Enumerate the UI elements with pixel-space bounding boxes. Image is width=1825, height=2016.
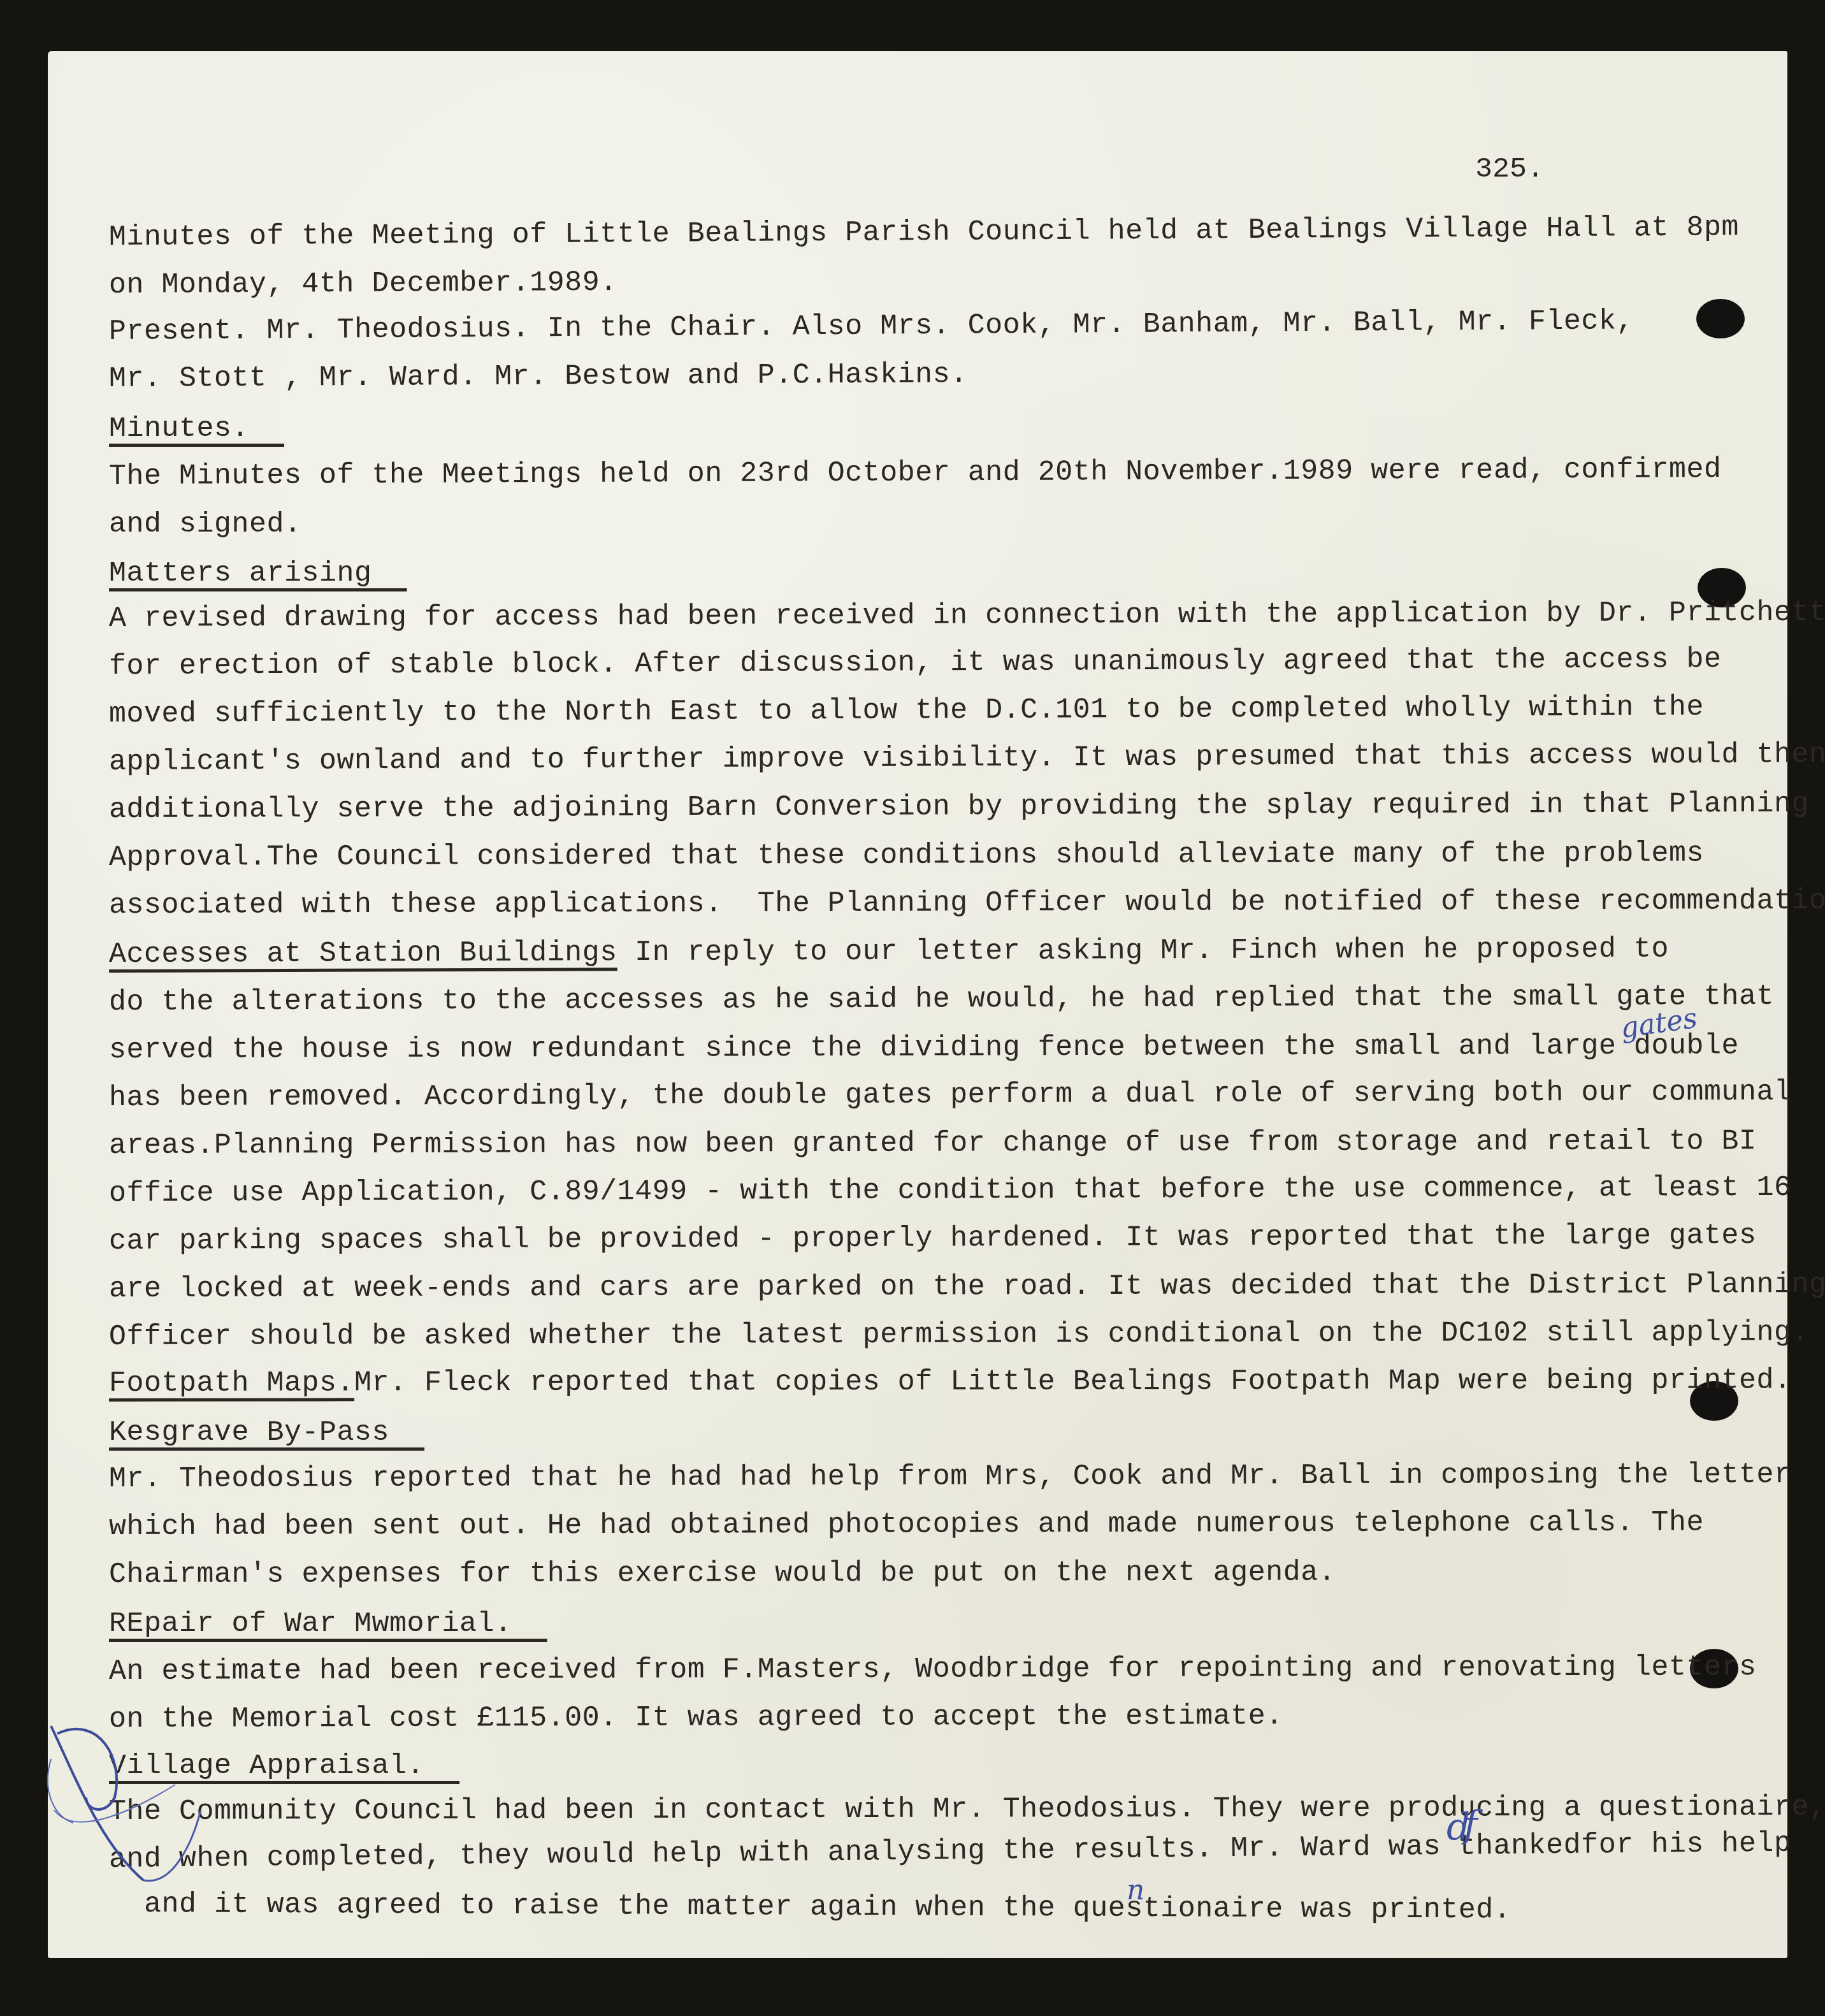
- body-line: office use Application, C.89/1499 - with…: [109, 1173, 1792, 1208]
- body-line: car parking spaces shall be provided - p…: [109, 1221, 1757, 1256]
- body-line: areas.Planning Permission has now been g…: [109, 1127, 1757, 1160]
- section-heading: Footpath Maps.: [109, 1367, 354, 1400]
- body-line: has been removed. Accordingly, the doubl…: [109, 1078, 1792, 1112]
- section-heading: Accesses at Station Buildings: [109, 936, 617, 971]
- body-line: and it was agreed to raise the matter ag…: [109, 1890, 1511, 1925]
- body-line: Mr. Theodosius reported that he had had …: [109, 1460, 1792, 1493]
- margin-mark-icon: [48, 1721, 213, 1912]
- body-line: Officer should be asked whether the late…: [109, 1318, 1809, 1351]
- body-line: and when completed, they would help with…: [109, 1829, 1792, 1874]
- section-heading-line: Footpath Maps.Mr. Fleck reported that co…: [109, 1366, 1792, 1398]
- body-line: associated with these applications. The …: [109, 887, 1825, 920]
- body-line: The Community Council had been in contac…: [109, 1793, 1825, 1826]
- body-line: applicant's ownland and to further impro…: [109, 740, 1825, 776]
- body-line: additionally serve the adjoining Barn Co…: [109, 790, 1809, 824]
- section-heading-line: REpair of War Mwmorial.: [109, 1609, 547, 1638]
- section-heading: Kesgrave By-Pass: [109, 1416, 424, 1449]
- page-number: 325.: [1475, 153, 1544, 185]
- section-heading-line: Minutes.: [109, 414, 284, 443]
- handwritten-correction-f: f: [1464, 1802, 1477, 1846]
- section-inline-text: Mr. Fleck reported that copies of Little…: [354, 1364, 1791, 1399]
- punch-hole: [1696, 299, 1745, 338]
- body-line: Approval.The Council considered that the…: [109, 839, 1704, 872]
- body-line: do the alterations to the accesses as he…: [109, 982, 1774, 1017]
- body-line: An estimate had been received from F.Mas…: [109, 1653, 1757, 1686]
- body-line: Chairman's expenses for this exercise wo…: [109, 1558, 1336, 1589]
- header-line: Minutes of the Meeting of Little Bealing…: [109, 213, 1739, 252]
- section-heading: REpair of War Mwmorial.: [109, 1607, 547, 1640]
- section-heading: Minutes.: [109, 412, 284, 445]
- header-line: on Monday, 4th December.1989.: [109, 268, 617, 300]
- body-line: A revised drawing for access had been re…: [109, 598, 1825, 633]
- body-line: moved sufficiently to the North East to …: [109, 693, 1704, 729]
- header-line: Present. Mr. Theodosius. In the Chair. A…: [109, 307, 1634, 346]
- body-line: on the Memorial cost £115.00. It was agr…: [109, 1702, 1283, 1734]
- section-heading: Matters arising: [109, 557, 407, 590]
- body-line: for erection of stable block. After disc…: [109, 645, 1722, 681]
- header-line: Mr. Stott , Mr. Ward. Mr. Bestow and P.C…: [109, 360, 968, 393]
- handwritten-correction-n: n: [1127, 1874, 1144, 1906]
- section-inline-text: In reply to our letter asking Mr. Finch …: [617, 932, 1669, 969]
- section-heading-line: Accesses at Station Buildings In reply t…: [109, 934, 1669, 969]
- section-heading-line: Matters arising: [109, 559, 407, 588]
- section-heading-line: Kesgrave By-Pass: [109, 1418, 424, 1447]
- body-line: served the house is now redundant since …: [109, 1031, 1739, 1064]
- body-line: The Minutes of the Meetings held on 23rd…: [109, 455, 1722, 491]
- body-line: which had been sent out. He had obtained…: [109, 1508, 1704, 1541]
- body-line: and signed.: [109, 510, 302, 539]
- document-page: 325. Minutes of the Meeting of Little Be…: [48, 51, 1787, 1958]
- body-line: are locked at week-ends and cars are par…: [109, 1270, 1825, 1303]
